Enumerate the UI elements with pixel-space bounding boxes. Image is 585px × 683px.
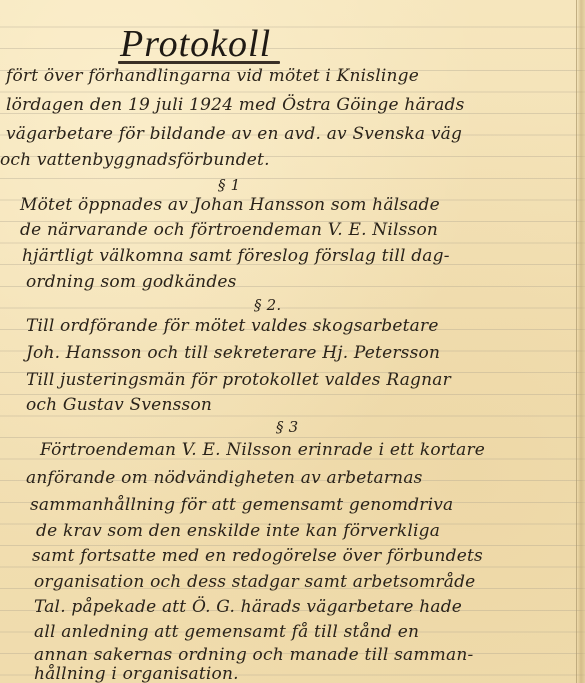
intro-line: och vattenbyggnadsförbundet. <box>0 150 270 171</box>
section-line: samt fortsatte med en redogörelse över f… <box>32 546 483 567</box>
section-line: de krav som den enskilde inte kan förver… <box>36 521 440 542</box>
binding-edge <box>576 0 585 683</box>
section-line: all anledning att gemensamt få till stån… <box>34 622 419 643</box>
section-line: annan sakernas ordning och manade till s… <box>34 645 473 666</box>
section-marker: § 2. <box>254 296 281 314</box>
section-line: Till justeringsmän för protokollet valde… <box>26 370 451 391</box>
section-line: och Gustav Svensson <box>26 395 212 416</box>
section-line: hjärtligt välkomna samt föreslog förslag… <box>22 246 450 267</box>
section-line: hållning i organisation. <box>34 664 239 683</box>
title-underline <box>118 61 280 64</box>
scanned-document-page: Protokoll fört över förhandlingarna vid … <box>0 0 585 683</box>
intro-line: vägarbetare för bildande av en avd. av S… <box>6 124 462 145</box>
section-line: Till ordförande för mötet valdes skogsar… <box>26 316 439 337</box>
section-line: Tal. påpekade att Ö. G. härads vägarbeta… <box>34 597 462 618</box>
intro-line: lördagen den 19 juli 1924 med Östra Göin… <box>6 95 465 116</box>
section-line: organisation och dess stadgar samt arbet… <box>34 572 475 593</box>
intro-line: fört över förhandlingarna vid mötet i Kn… <box>6 66 419 87</box>
section-line: sammanhållning för att gemensamt genomdr… <box>30 495 453 516</box>
section-line: de närvarande och förtroendeman V. E. Ni… <box>20 220 438 241</box>
section-line: Förtroendeman V. E. Nilsson erinrade i e… <box>40 440 485 461</box>
section-line: ordning som godkändes <box>26 272 237 293</box>
section-marker: § 3 <box>276 418 298 436</box>
section-line: Mötet öppnades av Johan Hansson som häls… <box>20 195 440 216</box>
document-title: Protokoll <box>120 22 271 66</box>
section-line: anförande om nödvändigheten av arbetarna… <box>26 468 423 489</box>
section-line: Joh. Hansson och till sekreterare Hj. Pe… <box>26 343 440 364</box>
section-marker: § 1 <box>218 176 240 194</box>
